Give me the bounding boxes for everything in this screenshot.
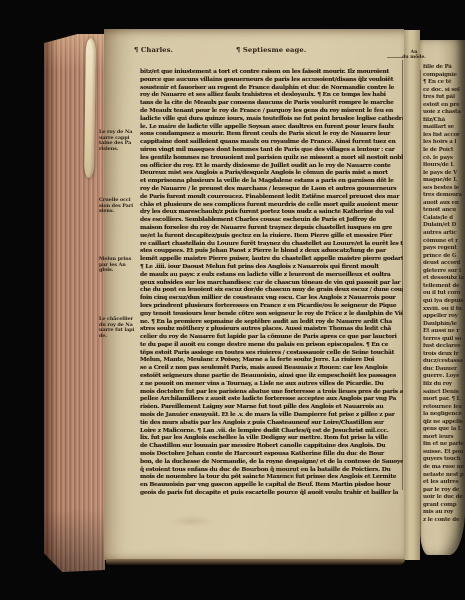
facing-text-line: flours/de L bbox=[423, 162, 465, 170]
margin-note: Cruelle occi sion des Pari siens. bbox=[99, 198, 139, 215]
body-text-line: ue/et la furent decapitez/puis gectez en… bbox=[140, 232, 403, 240]
body-text-line: cappitaine dont sailloient quans maulx o… bbox=[140, 138, 403, 146]
facing-text-line: par le roy de bbox=[423, 487, 465, 495]
facing-text-line: retournee les bbox=[423, 404, 465, 412]
facing-text-line: les hoirs a l bbox=[423, 139, 465, 147]
facing-text-line: terres quil so bbox=[423, 336, 465, 344]
body-text-line: mois Doctobre Jehan conte de Harcourt es… bbox=[140, 450, 403, 458]
facing-text-line: Daulphin/le bbox=[423, 321, 465, 329]
facing-text-line: Dulain/et D bbox=[423, 222, 465, 230]
body-text-line: celier du roy de Nauarre fut lapide par … bbox=[140, 333, 403, 341]
facing-text-line: guerre. Loys bbox=[423, 373, 465, 381]
running-header-center: ¶ Septiesme eage. bbox=[236, 46, 306, 54]
facing-text-line: duc Dauuer bbox=[423, 366, 465, 374]
facing-text-line: et les autres bbox=[423, 479, 465, 487]
body-text-line: geux subsides sur les marchandises: car … bbox=[140, 279, 403, 287]
facing-text-line: uoie z chasta bbox=[423, 109, 465, 117]
body-text-line: mois doctobre fut par les parisiens abat… bbox=[140, 388, 403, 396]
facing-text-line: ce doc. si sol bbox=[423, 87, 465, 95]
body-text-line: che du pont en leuoient six escuz dor/de… bbox=[140, 286, 403, 294]
facing-text-line: filz du roy bbox=[423, 381, 465, 389]
body-text-line: lix. fut par les Anglois eschellee la vi… bbox=[140, 434, 403, 442]
facing-text-line: pays regent bbox=[423, 245, 465, 253]
body-text-line: en Beauuoisin par vng gascon appelle le … bbox=[140, 481, 403, 489]
facing-text-line: le de Poict bbox=[423, 147, 465, 155]
body-text-line: dry les deux mareschaulx/z puis furent p… bbox=[140, 208, 403, 216]
body-text-line: de maulx au pays: z eulx estans en ladic… bbox=[140, 271, 403, 279]
year-column-line2: du mõde. bbox=[399, 55, 429, 60]
body-text-line: et emprisonna plusieurs la veille de la … bbox=[140, 177, 403, 185]
facing-text-line: ses bestes le bbox=[423, 185, 465, 193]
facing-text-line: fust declaree bbox=[423, 343, 465, 351]
facing-text-line: ducz/cestassa bbox=[423, 358, 465, 366]
margin-note: Melun prins par les An glois. bbox=[99, 257, 139, 274]
facing-text-line: gens que la L bbox=[423, 426, 465, 434]
body-text-line: maison forselee du roy de Nauarre furent… bbox=[140, 224, 403, 232]
facing-text-line: tenoit ancu bbox=[423, 207, 465, 215]
facing-text-line: la negligence bbox=[423, 411, 465, 419]
body-text-line: de Meaulx tenant pour le roy de France /… bbox=[140, 107, 403, 115]
body-text-line: mois de Januier ensuyuãt. Et le .v. de m… bbox=[140, 411, 403, 419]
facing-text-line: autres artic bbox=[423, 230, 465, 238]
facing-text-line: ou il fut coro bbox=[423, 290, 465, 298]
page-stain bbox=[170, 515, 214, 527]
year-column-header: An du mõde. bbox=[399, 50, 429, 60]
body-text-line: stes couppees. Et puis Jehan Paost z Pie… bbox=[140, 247, 403, 255]
facing-margin-rule bbox=[420, 70, 421, 548]
facing-text-line: uoir le duc de bbox=[423, 494, 465, 502]
facing-text-line: compaignie bbox=[423, 72, 465, 80]
body-text-line: chãs et plusieurs de ses complices furen… bbox=[140, 201, 403, 209]
body-text-line: se a Creil z non pas seulemẽt Paris, mai… bbox=[140, 364, 403, 372]
margin-note: Le chãcellier du roy de Na uarre fut lap… bbox=[99, 317, 139, 340]
body-text-line: pource que aucuns villains gouuerneurs d… bbox=[140, 76, 403, 84]
running-header-left: ¶ Charles. bbox=[134, 46, 173, 54]
facing-text-line: guyers touch bbox=[423, 456, 465, 464]
facing-text-line: le pays de V bbox=[423, 170, 465, 178]
facing-text-line: trois deux fr bbox=[423, 351, 465, 359]
body-text-line: bitz/et que iniustement a tort et contre… bbox=[140, 68, 403, 76]
body-text-line: te du pape il auoit eu conge destre mene… bbox=[140, 341, 403, 349]
body-text-line: roy de Nauarre et ses alliez faulx trahi… bbox=[140, 91, 403, 99]
facing-text-line: de ma ruse ne bbox=[423, 464, 465, 472]
facing-text-line: filz/Chã bbox=[423, 117, 465, 125]
bookmark-ribbon bbox=[84, 38, 96, 178]
body-text-line: sons condampnez a mourir. Item firent ce… bbox=[140, 130, 403, 138]
facing-text-line: sainct Denis bbox=[423, 389, 465, 397]
body-text-line: stres soubz mõtlhery z plusieurs autres … bbox=[140, 325, 403, 333]
facing-text-line: et dessoubz la bbox=[423, 275, 465, 283]
body-text-line: gny tenoit tousiours leur bende cõtre so… bbox=[140, 310, 403, 318]
facing-text-line: cõmune et r bbox=[423, 238, 465, 246]
facing-text-line: tellement de bbox=[423, 283, 465, 291]
body-text-line: les gentilz hommes ne trouuoient nul par… bbox=[140, 154, 403, 162]
facing-text-line: les fist accor bbox=[423, 132, 465, 140]
facing-text-line: prince de G bbox=[423, 253, 465, 261]
facing-text-line: suisse. Et pou bbox=[423, 449, 465, 457]
facing-text-line: Et aussi ne r bbox=[423, 328, 465, 336]
facing-text-line: mis au roy bbox=[423, 509, 465, 517]
body-text-line: Melun, Mante, Meulanc z Poissy, Marne a … bbox=[140, 356, 403, 364]
facing-text-line: tres fut pãl bbox=[423, 94, 465, 102]
facing-text-line: fille de Pã bbox=[423, 64, 465, 72]
body-text-line: de Chastillon sur louuain par messire Ro… bbox=[140, 442, 403, 450]
right-page-edge: fille de Pã compaignie ¶ En ce tẽ ce doc… bbox=[420, 40, 465, 555]
body-text-block: bitz/et que iniustement a tort et contre… bbox=[140, 68, 403, 497]
body-text-line: geois de paris fut decapite et puis esca… bbox=[140, 489, 403, 497]
body-text-line: ne. ¶ En la premiere sepmaine de septẽbr… bbox=[140, 318, 403, 326]
body-text-line: ou officier du roy. Et le mardy dixiesme… bbox=[140, 162, 403, 170]
body-text-line: Loire z Malicorne. ¶ Lan .vii. de lempir… bbox=[140, 427, 403, 435]
facing-text-line: Calais/le d bbox=[423, 215, 465, 223]
body-text-line: lors prindrent plusieurs forteresses en … bbox=[140, 302, 403, 310]
body-text-line: Deureux mist ses Anglois a Paris/desquel… bbox=[140, 169, 403, 177]
facing-text-line: gleterre sur l bbox=[423, 268, 465, 276]
book-fore-edge-pages bbox=[44, 34, 105, 572]
page-stain bbox=[255, 462, 315, 480]
facing-text-line: maillart se bbox=[423, 124, 465, 132]
body-text-line: tie des murs abatis par les Anglois z pu… bbox=[140, 419, 403, 427]
body-text-line: tẽps estoit Paris assiege en toutes ses … bbox=[140, 349, 403, 357]
facing-text-line: deust accord bbox=[423, 260, 465, 268]
body-text-line: foin cinq escuz/dun millier de cousteaux… bbox=[140, 294, 403, 302]
body-text-line: ¶ Le .iiii. iour Daoust Melun fut prins … bbox=[140, 263, 403, 271]
facing-text-line: auoit aux en bbox=[423, 200, 465, 208]
body-text-line: le. Le maire de ladicte ville appelle So… bbox=[140, 123, 403, 131]
facing-text-line: magne/de L bbox=[423, 177, 465, 185]
body-text-line: lemẽt appelle maistre Pierre puiser, lau… bbox=[140, 255, 403, 263]
facing-page-text: fille de Pã compaignie ¶ En ce tẽ ce doc… bbox=[423, 64, 465, 524]
body-text-line: ladicte ville qui dura quinze iours, mai… bbox=[140, 115, 403, 123]
facing-text-line: cõ. le pays bbox=[423, 155, 465, 163]
page-gutter-fold bbox=[404, 30, 420, 560]
facing-text-line: tres demoura bbox=[423, 192, 465, 200]
body-text-line: pellee Archilamillers z auoit este ladic… bbox=[140, 395, 403, 403]
facing-text-line: appeller roy bbox=[423, 313, 465, 321]
facing-text-line: mort leurs bbox=[423, 434, 465, 442]
body-text-line: soustenir et fauoriser au regent de Fran… bbox=[140, 84, 403, 92]
facing-text-line: grant comp bbox=[423, 502, 465, 510]
body-text-line: roy de Nauarre / le preuost des marchans… bbox=[140, 185, 403, 193]
facing-text-line: estoit en pre bbox=[423, 102, 465, 110]
body-text-line: estoiẽt seigneurs dune partie de Beauuoi… bbox=[140, 372, 403, 380]
facing-text-line: xxviii. ou il fu bbox=[423, 306, 465, 314]
facing-text-line: z le conte de bbox=[423, 517, 465, 525]
margin-note: Le roy de Na uarre cappi taine des Pa ri… bbox=[99, 130, 139, 153]
facing-text-line: ¶ En ce tẽ bbox=[423, 79, 465, 87]
body-text-line: re caillart chastellain du Louure furẽt … bbox=[140, 240, 403, 248]
facing-text-line: nefaste nest p bbox=[423, 472, 465, 480]
body-text-line: uiron vingt mil masques dont hommes tant… bbox=[140, 146, 403, 154]
page-bottom-edge bbox=[106, 559, 405, 565]
facing-text-line: mort par. ¶ L bbox=[423, 396, 465, 404]
body-text-line: des escolliers. Semblablement Charles co… bbox=[140, 216, 403, 224]
body-text-line: de Paris furent moult courroucez. Finabl… bbox=[140, 193, 403, 201]
facing-text-line: fin et ne parle bbox=[423, 441, 465, 449]
open-book-photo: fille de Pã compaignie ¶ En ce tẽ ce doc… bbox=[0, 0, 465, 600]
body-text-line: tans de la cite de Meaulx par consens da… bbox=[140, 99, 403, 107]
body-text-line: z ne pouoit on mener vins a Tournay, a L… bbox=[140, 380, 403, 388]
facing-text-line: qui lya depuis bbox=[423, 298, 465, 306]
facing-text-line: q̃lz ne appelle bbox=[423, 419, 465, 427]
body-text-line: risien. Pareillement Laigny sur Marne fu… bbox=[140, 403, 403, 411]
